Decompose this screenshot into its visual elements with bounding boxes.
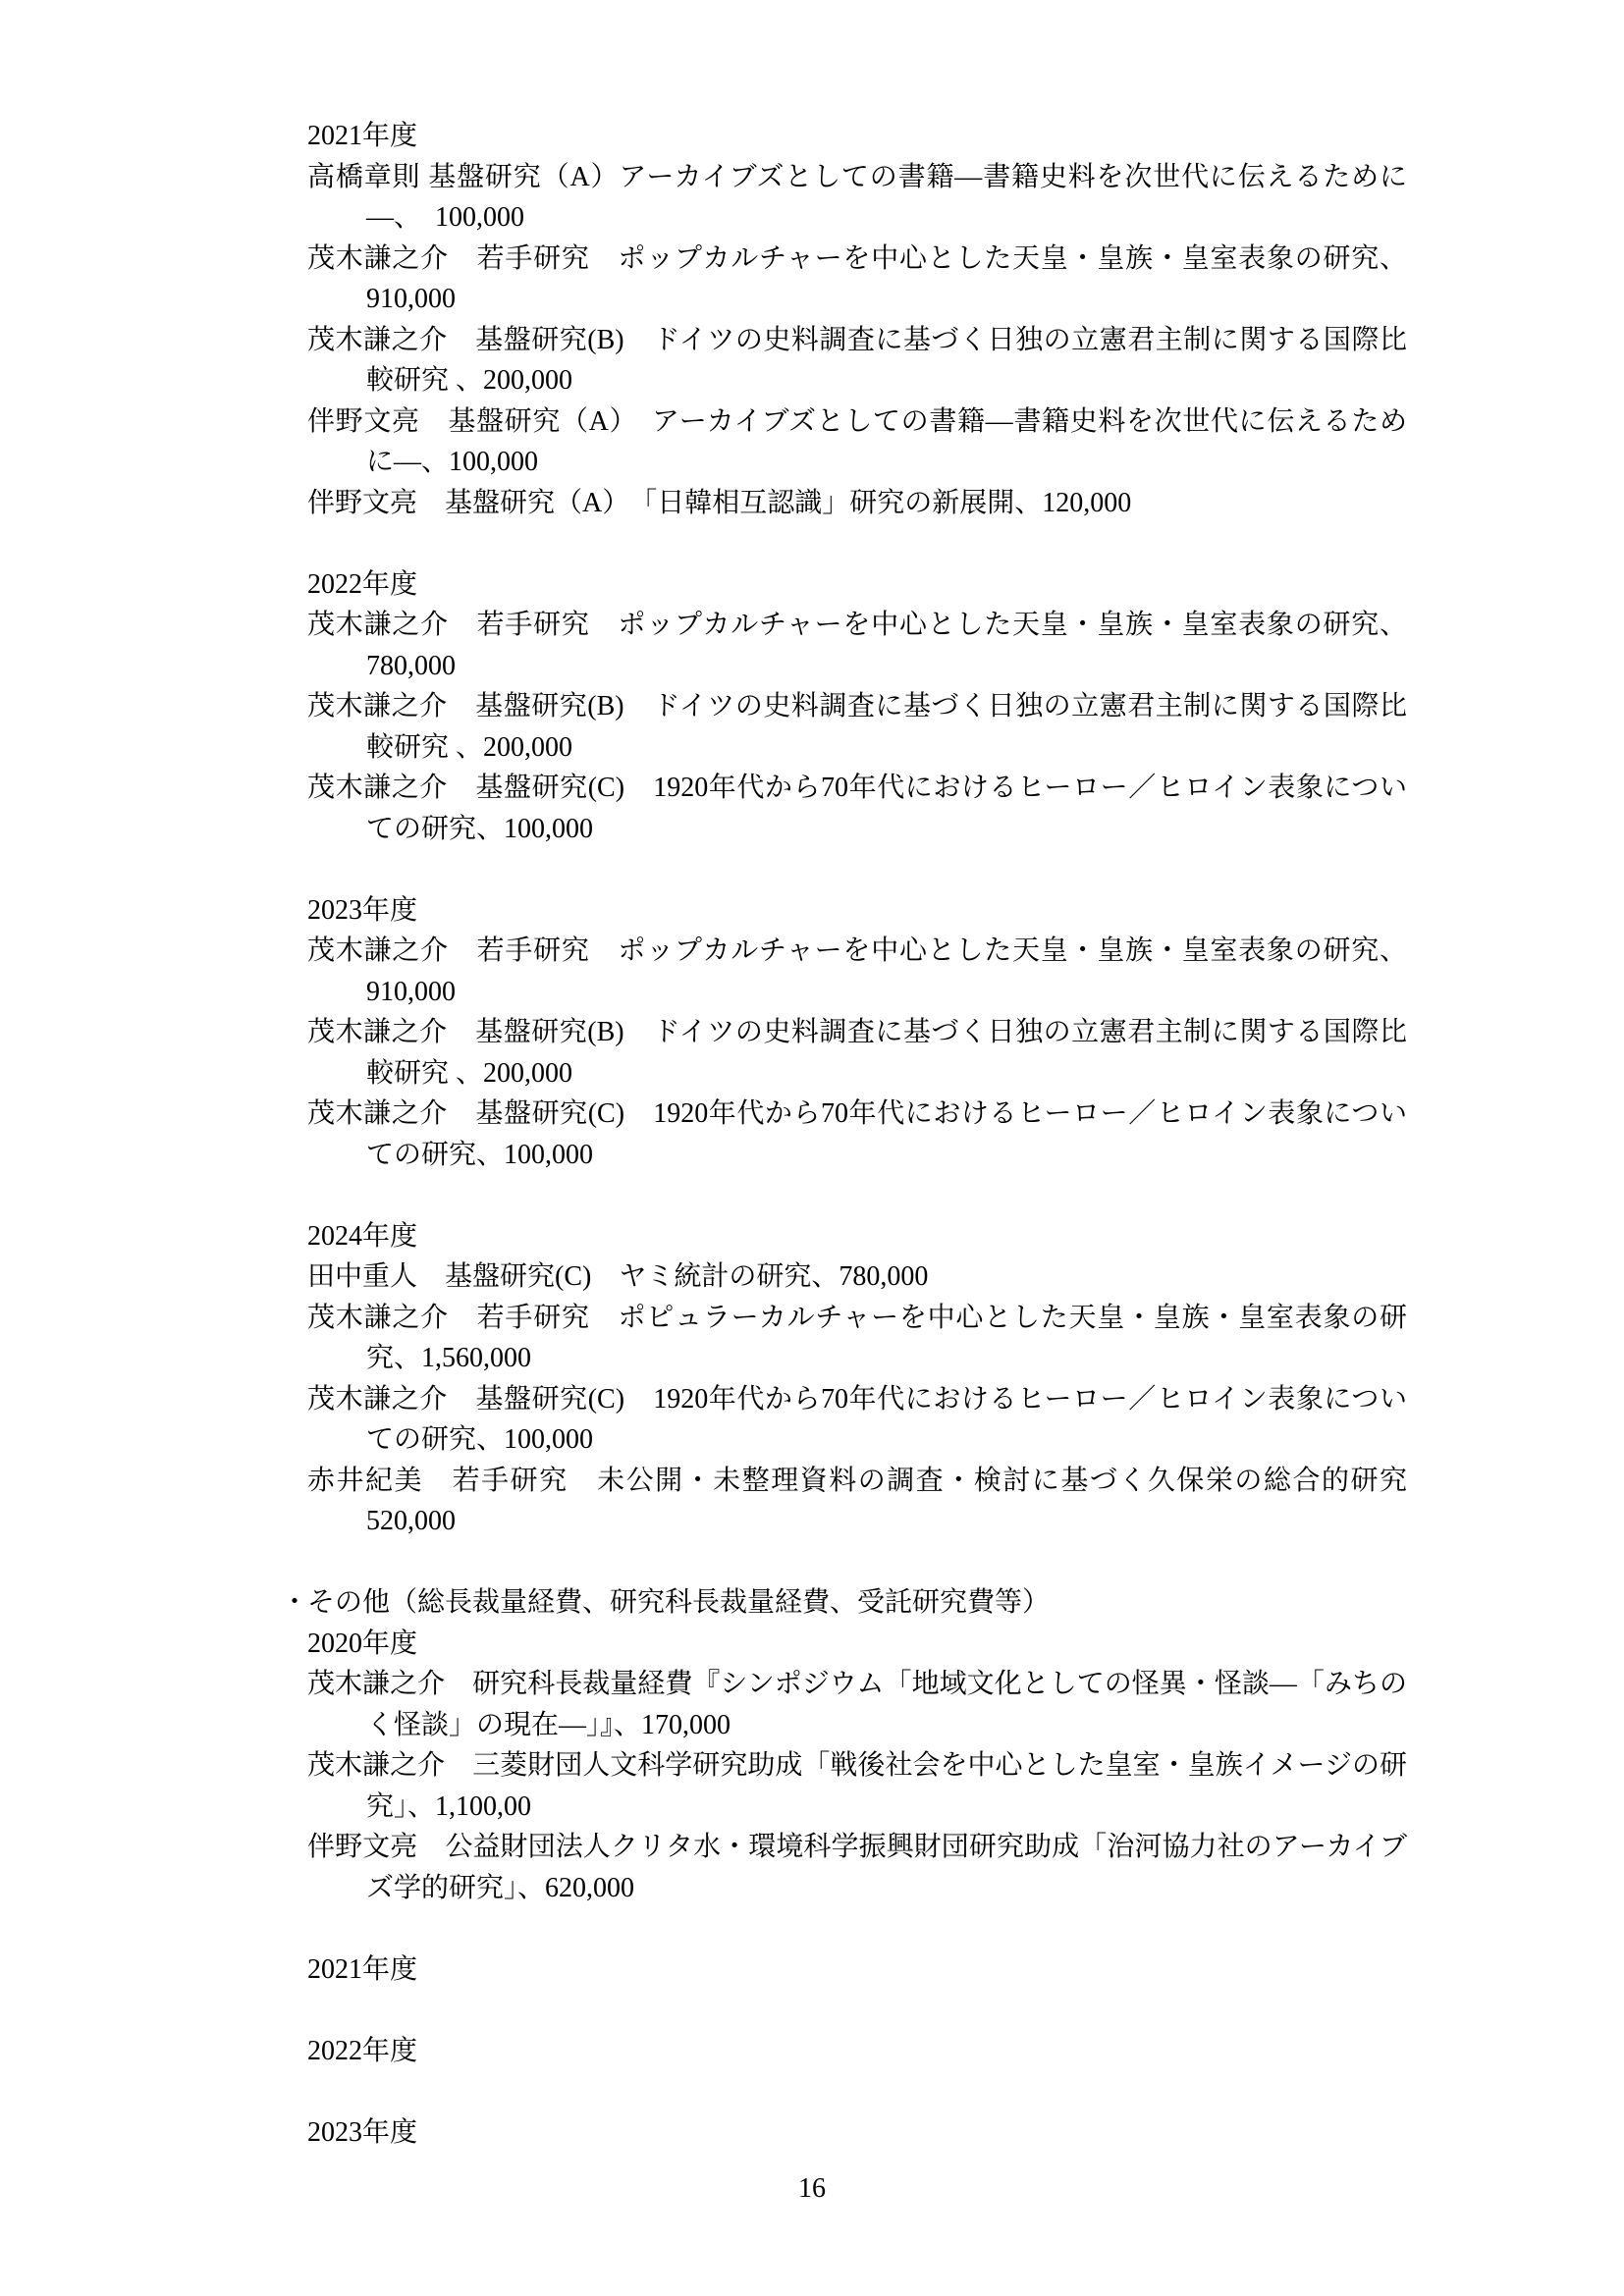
- spacer: [307, 2071, 1407, 2112]
- document-page: 2021年度 高橋章則 基盤研究（A）アーカイブズとしての書籍―書籍史料を次世代…: [0, 0, 1624, 2296]
- section-heading: ・ その他（総長裁量経費、研究科長裁量経費、受託研究費等）: [307, 1582, 1407, 1624]
- grant-entry: 茂木謙之介 若手研究 ポップカルチャーを中心とした天皇・皇族・皇室表象の研究、7…: [307, 605, 1407, 686]
- grant-entry: 伴野文亮 基盤研究（A） アーカイブズとしての書籍―書籍史料を次世代に伝えるため…: [307, 401, 1407, 483]
- grant-entry: 茂木謙之介 三菱財団人文科学研究助成「戦後社会を中心とした皇室・皇族イメージの研…: [307, 1745, 1407, 1827]
- grant-entry: 茂木謙之介 基盤研究(C) 1920年代から70年代におけるヒーロー／ヒロイン表…: [307, 1379, 1407, 1461]
- grant-entry: 赤井紀美 若手研究 未公開・未整理資料の調査・検討に基づく久保栄の総合的研究 5…: [307, 1461, 1407, 1542]
- year-heading: 2021年度: [307, 1949, 1407, 1991]
- year-heading: 2022年度: [307, 2031, 1407, 2072]
- grant-entry: 高橋章則 基盤研究（A）アーカイブズとしての書籍―書籍史料を次世代に伝えるために…: [307, 157, 1407, 239]
- grant-entry: 伴野文亮 基盤研究（A） 「日韓相互認識」研究の新展開、120,000: [307, 483, 1407, 524]
- spacer: [307, 1990, 1407, 2031]
- spacer: [307, 849, 1407, 890]
- grant-entry: 茂木謙之介 若手研究 ポピュラーカルチャーを中心とした天皇・皇族・皇室表象の研究…: [307, 1298, 1407, 1379]
- bullet-icon: ・: [281, 1582, 308, 1624]
- grant-entry: 茂木謙之介 基盤研究(B) ドイツの史料調査に基づく日独の立憲君主制に関する国際…: [307, 686, 1407, 768]
- year-heading: 2023年度: [307, 2112, 1407, 2154]
- year-heading: 2024年度: [307, 1216, 1407, 1257]
- year-heading: 2021年度: [307, 116, 1407, 157]
- grant-entry: 田中重人 基盤研究(C) ヤミ統計の研究、780,000: [307, 1256, 1407, 1298]
- year-block-2022: 2022年度 茂木謙之介 若手研究 ポップカルチャーを中心とした天皇・皇族・皇室…: [307, 564, 1407, 850]
- grant-entry: 茂木謙之介 若手研究 ポップカルチャーを中心とした天皇・皇族・皇室表象の研究、9…: [307, 931, 1407, 1012]
- year-block-2021-other: 2021年度: [307, 1949, 1407, 1991]
- grant-entry: 茂木謙之介 研究科長裁量経費『シンポジウム「地域文化としての怪異・怪談―「みちの…: [307, 1664, 1407, 1745]
- grant-entry: 茂木謙之介 基盤研究(C) 1920年代から70年代におけるヒーロー／ヒロイン表…: [307, 1094, 1407, 1175]
- year-block-2023-other: 2023年度: [307, 2112, 1407, 2154]
- year-heading: 2022年度: [307, 564, 1407, 606]
- spacer: [307, 1175, 1407, 1216]
- spacer: [307, 1908, 1407, 1949]
- section-heading-text: その他（総長裁量経費、研究科長裁量経費、受託研究費等）: [307, 1587, 1050, 1618]
- year-block-2020: 2020年度 茂木謙之介 研究科長裁量経費『シンポジウム「地域文化としての怪異・…: [307, 1624, 1407, 1909]
- year-heading: 2023年度: [307, 890, 1407, 932]
- year-block-2024: 2024年度 田中重人 基盤研究(C) ヤミ統計の研究、780,000 茂木謙之…: [307, 1216, 1407, 1542]
- grant-entry: 茂木謙之介 若手研究 ポップカルチャーを中心とした天皇・皇族・皇室表象の研究、9…: [307, 239, 1407, 320]
- other-funding-section: ・ その他（総長裁量経費、研究科長裁量経費、受託研究費等） 2020年度 茂木謙…: [307, 1582, 1407, 2153]
- year-block-2023: 2023年度 茂木謙之介 若手研究 ポップカルチャーを中心とした天皇・皇族・皇室…: [307, 890, 1407, 1176]
- spacer: [307, 1542, 1407, 1583]
- spacer: [307, 523, 1407, 564]
- year-block-2021: 2021年度 高橋章則 基盤研究（A）アーカイブズとしての書籍―書籍史料を次世代…: [307, 116, 1407, 523]
- year-block-2022-other: 2022年度: [307, 2031, 1407, 2072]
- year-heading: 2020年度: [307, 1624, 1407, 1665]
- content-body: 2021年度 高橋章則 基盤研究（A）アーカイブズとしての書籍―書籍史料を次世代…: [307, 116, 1407, 2153]
- grant-entry: 茂木謙之介 基盤研究(C) 1920年代から70年代におけるヒーロー／ヒロイン表…: [307, 768, 1407, 849]
- page-number: 16: [0, 2173, 1624, 2205]
- grant-entry: 茂木謙之介 基盤研究(B) ドイツの史料調査に基づく日独の立憲君主制に関する国際…: [307, 320, 1407, 401]
- grant-entry: 伴野文亮 公益財団法人クリタ水・環境科学振興財団研究助成「治河協力社のアーカイブ…: [307, 1827, 1407, 1908]
- grant-entry: 茂木謙之介 基盤研究(B) ドイツの史料調査に基づく日独の立憲君主制に関する国際…: [307, 1012, 1407, 1094]
